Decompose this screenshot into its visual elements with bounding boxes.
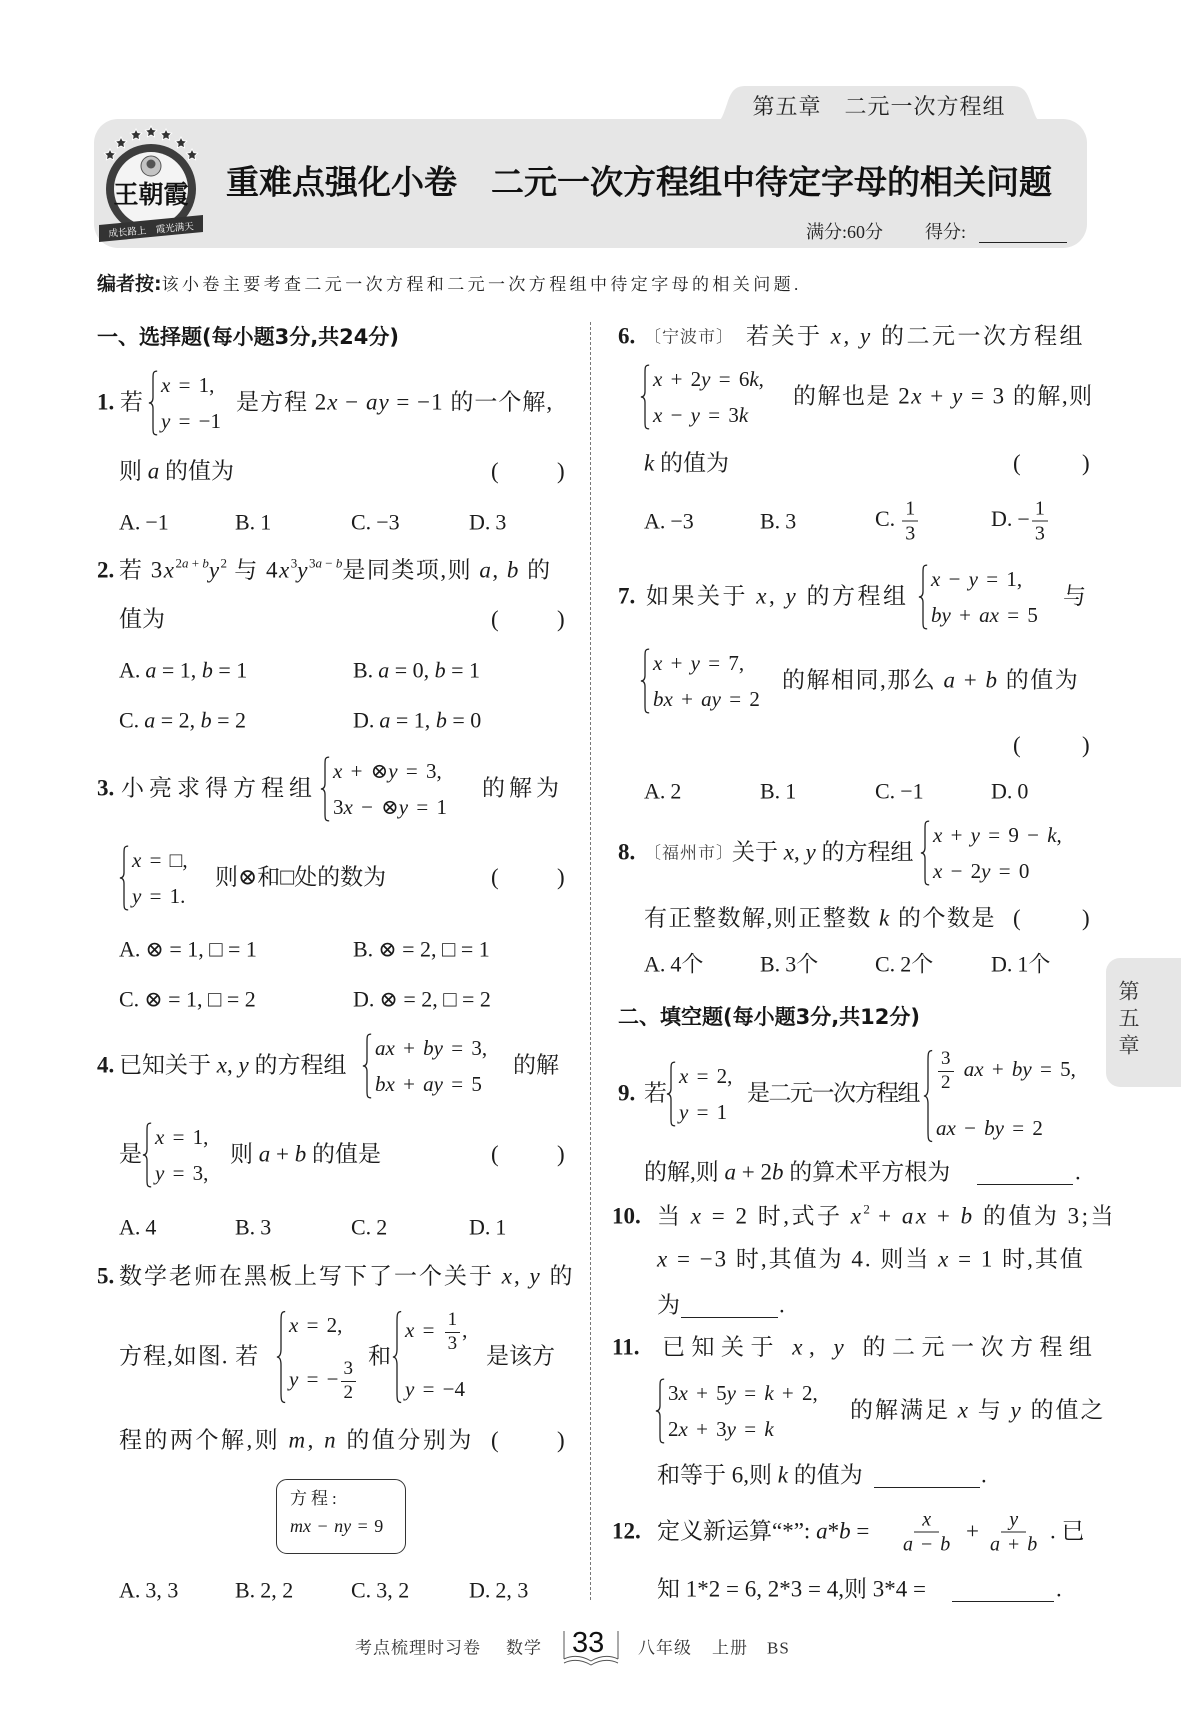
- full-score: 满分:60分: [806, 221, 883, 244]
- question-text: 与: [1063, 583, 1086, 612]
- option-a: A.⊗ = 1, □ = 1: [119, 935, 257, 963]
- period: .: [1075, 1159, 1081, 1188]
- question-number: 4.: [97, 1052, 114, 1081]
- solution-system: x = 2, y = −32: [276, 1310, 358, 1404]
- option-a: A.−1: [119, 508, 169, 536]
- publisher-logo: 王朝霞 成长路上 霞光满天: [96, 121, 206, 246]
- option-value: −1: [900, 778, 923, 803]
- numerator: 3: [341, 1359, 357, 1382]
- option-label: D.: [991, 506, 1012, 531]
- star-icon: [104, 149, 115, 160]
- question-text: 的解,则 a + 2b 的算术平方根为: [644, 1159, 950, 1188]
- numerator: 3: [938, 1049, 954, 1072]
- option-d: D.−13: [991, 498, 1050, 545]
- denominator: a − b: [900, 1533, 953, 1556]
- answer-bracket-close[interactable]: ): [557, 1427, 565, 1456]
- question-text: 则 a 的值为: [119, 458, 234, 487]
- question-text: 则 a + b 的值是: [230, 1141, 381, 1170]
- option-label: B.: [760, 508, 780, 533]
- fraction: 13: [445, 1310, 461, 1355]
- equation-lhs: y = −: [289, 1367, 339, 1391]
- option-label: C.: [119, 986, 139, 1011]
- option-b: B.3: [235, 1213, 271, 1241]
- equation: y = −1: [161, 406, 221, 436]
- brace-icon: [362, 1033, 372, 1099]
- question-text: 知 1*2 = 6, 2*3 = 4,则 3*4 =: [657, 1576, 926, 1605]
- brace-icon: [640, 364, 650, 430]
- option-label: B.: [235, 1214, 255, 1239]
- equation: x − y = 3k: [653, 400, 764, 430]
- plus-sign: +: [966, 1518, 979, 1547]
- fraction: ya + b: [985, 1509, 1042, 1556]
- question-text: 是该方: [486, 1343, 555, 1372]
- question-text: 如果关于 x, y 的方程组: [646, 583, 908, 612]
- exponent: 3a − b: [309, 556, 342, 571]
- option-label: A.: [119, 1577, 140, 1602]
- equation: x + y = 9 − k,: [933, 820, 1062, 850]
- side-tab-label: 第五章: [1113, 980, 1143, 1061]
- period: .: [981, 1462, 987, 1491]
- option-value: 1: [495, 1214, 506, 1239]
- option-label: C.: [119, 707, 139, 732]
- equation: 3x − ⊗y = 1: [333, 792, 447, 822]
- period: .: [1056, 1576, 1062, 1605]
- option-label: B.: [353, 657, 373, 682]
- option-label: A.: [644, 508, 665, 533]
- option-label: D.: [353, 986, 374, 1011]
- answer-bracket-open[interactable]: (: [491, 864, 499, 893]
- option-value: 3: [260, 1214, 271, 1239]
- solution-system: x = 2,y = 1: [666, 1061, 732, 1127]
- option-label: C.: [351, 1214, 371, 1239]
- equation: bx + ay = 2: [653, 684, 760, 714]
- question-number: 11.: [612, 1334, 639, 1363]
- text-segment: 是同类项,则 a, b 的: [342, 558, 551, 583]
- option-value: 2个: [900, 951, 933, 976]
- comma: ,: [462, 1318, 467, 1342]
- option-label: A.: [644, 778, 665, 803]
- option-value: ⊗ = 1, □ = 1: [145, 936, 257, 961]
- option-label: B.: [235, 509, 255, 534]
- text-segment: 当 x = 2 时,式子 x: [657, 1204, 863, 1229]
- question-text: 程的两个解,则 m, n 的值分别为: [119, 1427, 474, 1456]
- equation: y = 3,: [155, 1158, 208, 1188]
- equation: x = 1,: [161, 370, 221, 400]
- question-text: 方程,如图. 若: [119, 1343, 259, 1372]
- equation-system: x = 1,y = −1: [148, 370, 221, 436]
- worksheet-page: 第五章 二元一次方程组 王朝霞 成长路上 霞光满天 重难点强化小卷二元一次方程组…: [0, 0, 1181, 1730]
- option-label: C.: [351, 1577, 371, 1602]
- equation: x + ⊗y = 3,: [333, 756, 447, 786]
- numerator: 1: [902, 498, 918, 522]
- equation: ax + by = 3,: [375, 1033, 487, 1063]
- option-b: B.3个: [760, 950, 818, 978]
- equation-figure: 方程: mx − ny = 9: [276, 1479, 406, 1554]
- brace-icon: [655, 1378, 665, 1444]
- brace-icon: [640, 648, 650, 714]
- option-b: B.1: [760, 777, 796, 805]
- option-label: B.: [353, 936, 373, 961]
- option-label: A.: [644, 951, 665, 976]
- option-sign: −: [1017, 506, 1029, 531]
- title-series: 重难点强化小卷: [226, 162, 457, 201]
- period: .: [779, 1292, 785, 1321]
- option-value: 3, 3: [145, 1577, 178, 1602]
- option-label: B.: [235, 1577, 255, 1602]
- option-c: C.2: [351, 1213, 387, 1241]
- equation-system: x + 2y = 6k,x − y = 3k: [640, 364, 764, 430]
- equation-lhs: x =: [405, 1318, 443, 1342]
- equation: x + 2y = 6k,: [653, 364, 764, 394]
- equation: y = 1: [679, 1097, 732, 1127]
- option-label: D.: [991, 951, 1012, 976]
- answer-bracket-open[interactable]: (: [491, 458, 499, 487]
- logo-name: 王朝霞: [113, 181, 188, 209]
- question-source: 〔福州市〕: [644, 842, 734, 863]
- equation: x + y = 7,: [653, 648, 760, 678]
- question-text: 关于 x, y 的方程组: [732, 839, 913, 868]
- answer-bracket-open[interactable]: (: [1013, 450, 1021, 479]
- question-text: 有正整数解,则正整数 k 的个数是: [644, 905, 996, 934]
- option-value: a = 0, b = 1: [378, 657, 480, 682]
- equation-system: x + y = 7,bx + ay = 2: [640, 648, 760, 714]
- answer-bracket-open[interactable]: (: [491, 1427, 499, 1456]
- denominator: 3: [902, 522, 918, 545]
- star-icon: [175, 137, 186, 148]
- brace-icon: [918, 564, 928, 630]
- exponent: 2a + b: [175, 556, 208, 571]
- option-value: 2: [670, 778, 681, 803]
- option-value: 3: [785, 508, 796, 533]
- text-segment: y: [297, 558, 309, 583]
- option-value: ⊗ = 1, □ = 2: [144, 986, 256, 1011]
- option-value: 2: [376, 1214, 387, 1239]
- question-text: 定义新运算“*”: a*b =: [657, 1518, 869, 1547]
- brace-icon: [320, 756, 330, 822]
- question-text: 小亮求得方程组: [121, 775, 317, 804]
- footer-series: 考点梳理时习卷: [355, 1637, 481, 1658]
- answer-bracket-open[interactable]: (: [491, 606, 499, 635]
- editor-note-label: 编者按:: [97, 273, 162, 295]
- star-icon: [115, 137, 126, 148]
- footer-subject: 数学: [506, 1637, 542, 1658]
- option-d: D.1个: [991, 950, 1050, 978]
- option-label: A.: [119, 509, 140, 534]
- equation-system: x + y = 9 − k,x − 2y = 0: [920, 820, 1062, 886]
- brace-icon: [392, 1310, 402, 1404]
- chapter-tab: 第五章 二元一次方程组: [712, 84, 1046, 124]
- brace-icon: [142, 1122, 152, 1188]
- numerator: y: [1001, 1509, 1026, 1533]
- option-value: 4: [145, 1214, 156, 1239]
- numerator: 1: [445, 1310, 461, 1333]
- answer-blank[interactable]: [952, 1601, 1054, 1602]
- brace-icon: [276, 1310, 286, 1404]
- answer-blank[interactable]: [681, 1317, 778, 1318]
- chapter-side-tab: 第五章: [1106, 958, 1181, 1087]
- option-label: A.: [119, 936, 140, 961]
- option-c: C.a = 2, b = 2: [119, 706, 246, 734]
- option-value: 2, 3: [495, 1577, 528, 1602]
- equation: x − y = 1,: [931, 564, 1038, 594]
- option-d: D.2, 3: [469, 1576, 528, 1604]
- option-d: D.3: [469, 508, 506, 536]
- option-label: A.: [119, 657, 140, 682]
- footer-volume: 上册: [712, 1637, 748, 1658]
- option-label: D.: [469, 509, 490, 534]
- answer-bracket-close[interactable]: ): [557, 1141, 565, 1170]
- option-label: C.: [351, 509, 371, 534]
- star-icon: [145, 126, 156, 137]
- option-value: 3, 2: [376, 1577, 409, 1602]
- solution-system: x = 1,y = 3,: [142, 1122, 208, 1188]
- page-title: 重难点强化小卷二元一次方程组中待定字母的相关问题: [226, 161, 1052, 202]
- question-number: 8.: [618, 839, 635, 868]
- question-text: 数学老师在黑板上写下了一个关于 x, y 的: [119, 1263, 574, 1292]
- denominator: a + b: [987, 1533, 1040, 1556]
- star-icon: [186, 149, 197, 160]
- star-icon: [130, 129, 141, 140]
- question-text: 若关于 x, y 的二元一次方程组: [746, 323, 1085, 352]
- question-number: 12.: [612, 1518, 641, 1547]
- equation: 2x + 3y = k: [668, 1414, 818, 1444]
- question-text: 和: [368, 1343, 391, 1372]
- option-label: C.: [875, 951, 895, 976]
- option-a: A.2: [644, 777, 681, 805]
- equation-system: 3x + 5y = k + 2,2x + 3y = k: [655, 1378, 818, 1444]
- option-d: D.0: [991, 777, 1028, 805]
- answer-bracket-open[interactable]: (: [1013, 732, 1021, 761]
- option-value: ⊗ = 2, □ = 1: [378, 936, 490, 961]
- equation: 3x + 5y = k + 2,: [668, 1378, 818, 1408]
- answer-bracket-close[interactable]: ): [1082, 450, 1090, 479]
- option-a: A.4: [119, 1213, 156, 1241]
- option-c: C.13: [875, 498, 920, 545]
- option-value: a = 1, b = 0: [379, 707, 481, 732]
- solution-system: x = 13, y = −4: [392, 1310, 467, 1404]
- answer-bracket-open[interactable]: (: [491, 1141, 499, 1170]
- numerator: 1: [1032, 498, 1048, 522]
- option-c: C.⊗ = 1, □ = 2: [119, 985, 256, 1013]
- score-blank[interactable]: [979, 242, 1067, 243]
- fraction: 13: [902, 498, 918, 545]
- equation: y = −4: [405, 1374, 467, 1404]
- fraction: 13: [1032, 498, 1048, 545]
- brace-icon: [920, 820, 930, 886]
- question-number: 7.: [618, 583, 635, 612]
- option-label: A.: [119, 1214, 140, 1239]
- answer-bracket-close[interactable]: ): [557, 458, 565, 487]
- question-text: 和等于 6,则 k 的值为: [657, 1462, 863, 1491]
- option-label: C.: [875, 506, 895, 531]
- answer-bracket-open[interactable]: (: [1013, 905, 1021, 934]
- star-icon: [160, 129, 171, 140]
- option-value: 1: [260, 509, 271, 534]
- brace-icon: [119, 845, 129, 911]
- option-value: 2, 2: [260, 1577, 293, 1602]
- question-number: 6.: [618, 323, 635, 352]
- figure-equation: mx − ny = 9: [290, 1512, 405, 1540]
- equation: x = 1,: [155, 1122, 208, 1152]
- equation: x = □,: [132, 845, 188, 875]
- question-text: 若 3x2a + by2 与 4x3y3a − b是同类项,则 a, b 的: [119, 557, 552, 586]
- brace-icon: [148, 370, 158, 436]
- equation-system: 32 ax + by = 5, ax − by = 2: [923, 1049, 1076, 1143]
- option-a: A.4个: [644, 950, 703, 978]
- question-text: 的解相同,那么 a + b 的值为: [782, 667, 1079, 696]
- equation: y = 1.: [132, 881, 188, 911]
- option-value: 3个: [785, 951, 818, 976]
- denominator: 2: [938, 1072, 954, 1094]
- figure-label: 方程:: [290, 1486, 405, 1512]
- fraction: 32: [341, 1359, 357, 1404]
- answer-bracket-close[interactable]: ): [557, 864, 565, 893]
- question-text: 的解满足 x 与 y 的值之: [850, 1397, 1105, 1426]
- option-b: B.a = 0, b = 1: [353, 656, 480, 684]
- equation-system: ax + by = 3,bx + ay = 5: [362, 1033, 487, 1099]
- question-text: 的解: [513, 1052, 559, 1081]
- question-text: 是: [119, 1141, 142, 1170]
- question-text: 的解也是 2x + y = 3 的解,则: [793, 383, 1094, 412]
- question-text: 若: [120, 389, 143, 418]
- chapter-tab-label: 第五章 二元一次方程组: [712, 90, 1046, 121]
- option-a: A.a = 1, b = 1: [119, 656, 247, 684]
- option-d: D.a = 1, b = 0: [353, 706, 481, 734]
- equation: bx + ay = 5: [375, 1069, 487, 1099]
- question-number: 2.: [97, 557, 114, 586]
- option-d: D.⊗ = 2, □ = 2: [353, 985, 491, 1013]
- equation: by + ax = 5: [931, 600, 1038, 630]
- equation: x = 2,: [679, 1061, 732, 1091]
- equation: x = 13,: [405, 1310, 467, 1355]
- fraction: xa − b: [898, 1509, 955, 1556]
- option-value: ⊗ = 2, □ = 2: [379, 986, 491, 1011]
- option-value: −1: [145, 509, 168, 534]
- option-c: C.−3: [351, 508, 400, 536]
- text-segment: 与 4x: [227, 558, 291, 583]
- question-text: 当 x = 2 时,式子 x2 + ax + b 的值为 3;当: [657, 1203, 1116, 1232]
- option-value: a = 1, b = 1: [145, 657, 247, 682]
- option-d: D.1: [469, 1213, 506, 1241]
- answer-blank[interactable]: [977, 1184, 1073, 1185]
- equation-rhs: ax + by = 5,: [964, 1057, 1076, 1081]
- title-topic: 二元一次方程组中待定字母的相关问题: [491, 162, 1052, 201]
- question-number: 3.: [97, 775, 114, 804]
- option-value: −3: [376, 509, 399, 534]
- brace-icon: [923, 1049, 933, 1143]
- option-b: B.3: [760, 507, 796, 535]
- question-text: 是二元一次方程组: [747, 1080, 919, 1109]
- question-number: 1.: [97, 389, 114, 418]
- question-source: 〔宁波市〕: [644, 326, 734, 347]
- answer-bracket-close[interactable]: ): [1082, 732, 1090, 761]
- option-label: D.: [469, 1577, 490, 1602]
- question-text: x = −3 时,其值为 4. 则当 x = 1 时,其值: [657, 1246, 1085, 1275]
- section-title-fill: 二、填空题(每小题3分,共12分): [618, 1004, 920, 1030]
- editor-note: 编者按:该小卷主要考查二元一次方程和二元一次方程组中待定字母的相关问题.: [97, 273, 802, 297]
- equation: y = −32: [289, 1359, 358, 1404]
- option-b: B.2, 2: [235, 1576, 293, 1604]
- option-c: C.3, 2: [351, 1576, 409, 1604]
- fraction: 32: [938, 1049, 954, 1094]
- answer-bracket-close[interactable]: ): [557, 606, 565, 635]
- question-text: 值为: [119, 606, 165, 635]
- option-value: 0: [1017, 778, 1028, 803]
- option-value: 1个: [1017, 951, 1050, 976]
- brace-icon: [666, 1061, 676, 1127]
- question-text: 是方程 2x − ay = −1 的一个解,: [236, 389, 553, 418]
- text-segment: + ax + b 的值为 3;当: [870, 1204, 1116, 1229]
- question-number: 9.: [618, 1080, 635, 1109]
- option-a: A.−3: [644, 507, 694, 535]
- denominator: 3: [445, 1333, 461, 1355]
- option-b: B.1: [235, 508, 271, 536]
- question-text: 若: [644, 1080, 667, 1109]
- option-c: C.−1: [875, 777, 924, 805]
- option-value: a = 2, b = 2: [144, 707, 246, 732]
- solution-system: x = □,y = 1.: [119, 845, 188, 911]
- question-text: 已知关于 x, y 的二元一次方程组: [662, 1334, 1098, 1363]
- text-segment: y: [209, 558, 221, 583]
- option-label: B.: [760, 951, 780, 976]
- section-title-choice: 一、选择题(每小题3分,共24分): [97, 324, 399, 350]
- option-value: 3: [495, 509, 506, 534]
- denominator: 3: [1032, 522, 1048, 545]
- equation-system: x + ⊗y = 3,3x − ⊗y = 1: [320, 756, 447, 822]
- option-label: D.: [469, 1214, 490, 1239]
- question-text: k 的值为: [644, 450, 729, 479]
- option-label: C.: [875, 778, 895, 803]
- option-label: B.: [760, 778, 780, 803]
- option-label: D.: [991, 778, 1012, 803]
- text-segment: 若 3x: [119, 558, 175, 583]
- column-divider: [590, 322, 591, 1600]
- equation: ax − by = 2: [936, 1113, 1076, 1143]
- question-text: 已知关于 x, y 的方程组: [119, 1052, 346, 1081]
- option-c: C.2个: [875, 950, 933, 978]
- footer-edition: BS: [767, 1637, 790, 1658]
- question-text: . 已: [1050, 1518, 1085, 1547]
- equation: x − 2y = 0: [933, 856, 1062, 886]
- option-label: D.: [353, 707, 374, 732]
- answer-blank[interactable]: [874, 1487, 980, 1488]
- option-value: 4个: [670, 951, 703, 976]
- question-number: 10.: [612, 1203, 641, 1232]
- editor-note-text: 该小卷主要考查二元一次方程和二元一次方程组中待定字母的相关问题.: [162, 275, 802, 294]
- option-b: B.⊗ = 2, □ = 1: [353, 935, 490, 963]
- answer-bracket-close[interactable]: ): [1082, 905, 1090, 934]
- numerator: x: [914, 1509, 939, 1533]
- question-text: 为: [657, 1292, 680, 1321]
- option-value: 1: [785, 778, 796, 803]
- denominator: 2: [341, 1382, 357, 1404]
- equation: 32 ax + by = 5,: [936, 1049, 1076, 1094]
- equation-system: x − y = 1,by + ax = 5: [918, 564, 1038, 630]
- option-a: A.3, 3: [119, 1576, 178, 1604]
- question-number: 5.: [97, 1263, 114, 1292]
- option-value: −3: [670, 508, 693, 533]
- question-text: 的解为: [482, 775, 563, 804]
- page-number: 33: [572, 1625, 604, 1661]
- score-label: 得分:: [925, 221, 966, 244]
- equation: x = 2,: [289, 1310, 358, 1340]
- footer-grade: 八年级: [638, 1637, 692, 1658]
- question-text: 则⊗和□处的数为: [215, 864, 386, 893]
